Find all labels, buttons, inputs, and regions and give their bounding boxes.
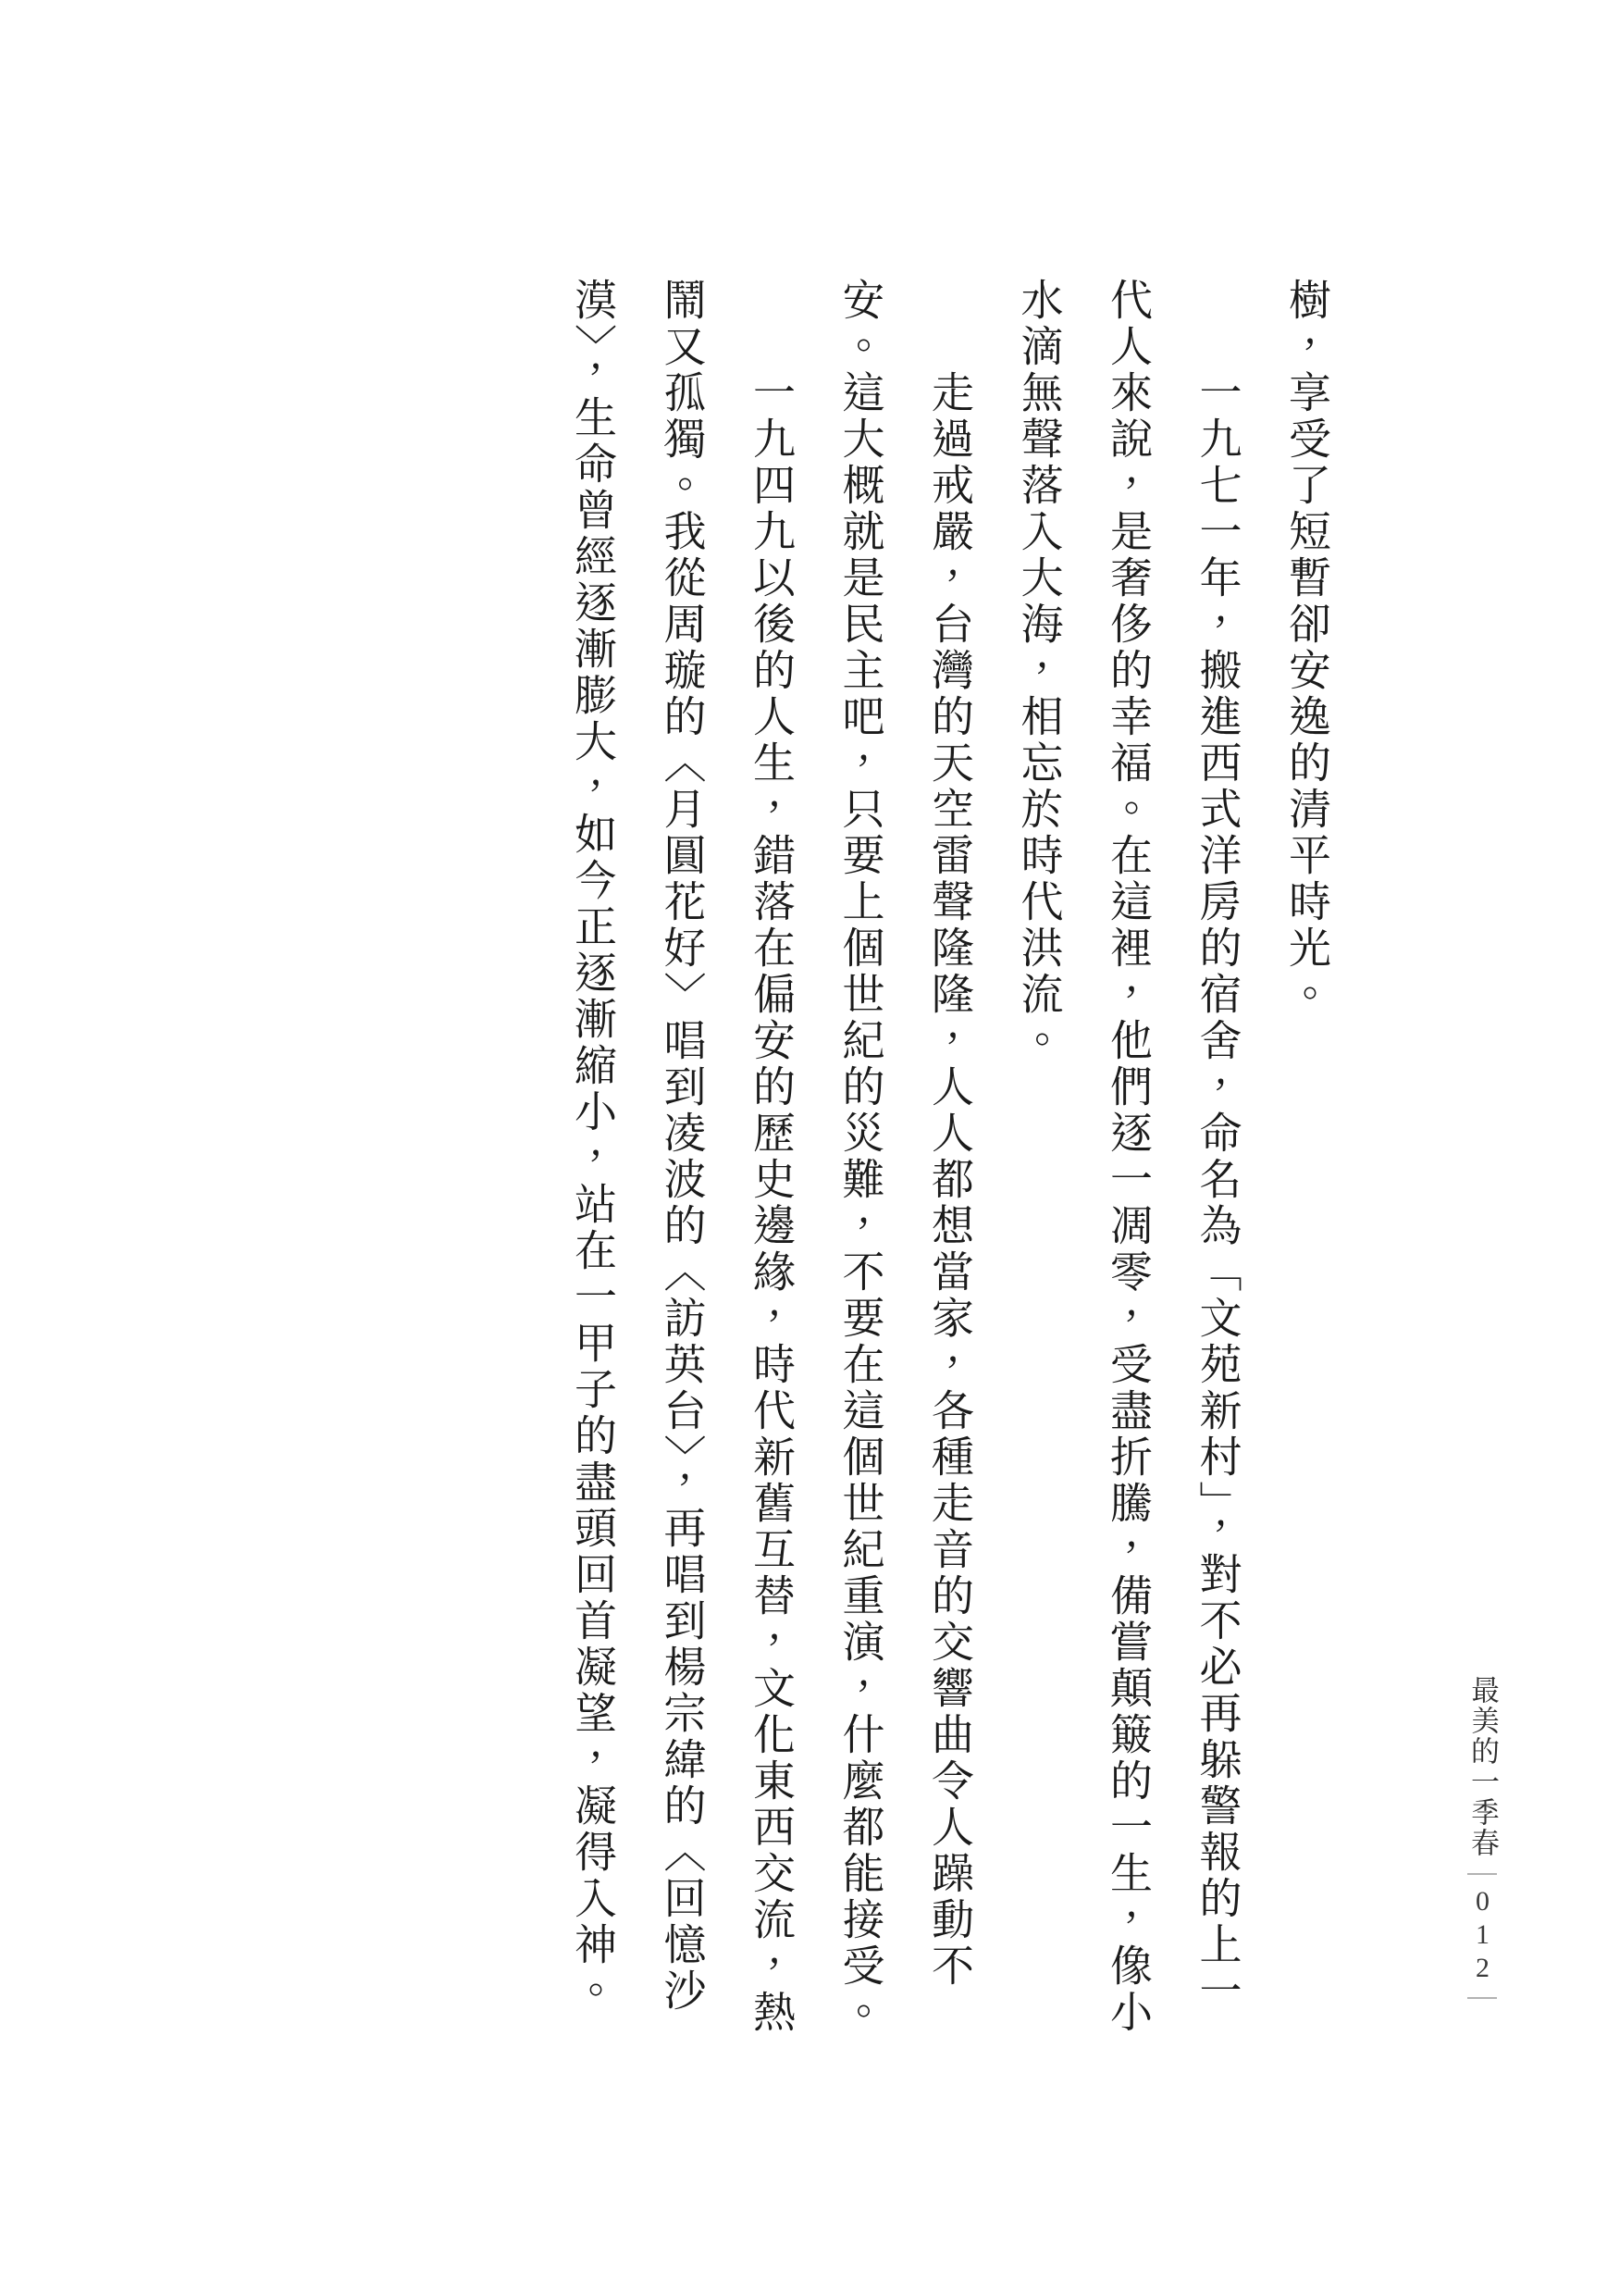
text-column-3: 代人來說，是奢侈的幸福。在這裡，他們逐一凋零，受盡折騰，備嘗顛簸的一生，像小 xyxy=(1083,278,1173,2036)
text-column-5: 走過戒嚴，台灣的天空雷聲隆隆，人人都想當家，各種走音的交響曲令人躁動不 xyxy=(905,278,995,2036)
text-column-7: 一九四九以後的人生，錯落在偏安的歷史邊緣，時代新舊互替，文化東西交流，熱 xyxy=(726,278,816,2036)
body-text: 樹，享受了短暫卻安逸的清平時光。一九七一年，搬進西式洋房的宿舍，命名為「文苑新村… xyxy=(547,278,1351,2036)
book-page: { "page": { "background": "#ffffff", "te… xyxy=(0,0,1607,2296)
footer-divider-top xyxy=(1467,1873,1497,1875)
text-column-6: 安。這大概就是民主吧，只要上個世紀的災難，不要在這個世紀重演，什麼都能接受。 xyxy=(815,278,905,2036)
text-column-8: 鬧又孤獨。我從周璇的〈月圓花好〉唱到凌波的〈訪英台〉，再唱到楊宗緯的〈回憶沙 xyxy=(637,278,726,2036)
text-column-4: 水滴無聲落入大海，相忘於時代洪流。 xyxy=(994,278,1083,2036)
footer-divider-bottom xyxy=(1467,1997,1497,1999)
running-footer: 最美的一季春 012 xyxy=(1462,1675,1502,1999)
text-column-2: 一九七一年，搬進西式洋房的宿舍，命名為「文苑新村」，對不必再躲警報的上一 xyxy=(1172,278,1262,2036)
running-title: 最美的一季春 xyxy=(1462,1675,1502,1858)
page-number: 012 xyxy=(1462,1886,1502,1986)
text-column-9: 漠〉，生命曾經逐漸膨大，如今正逐漸縮小，站在一甲子的盡頭回首凝望，凝得入神。 xyxy=(548,278,637,2036)
text-column-1: 樹，享受了短暫卻安逸的清平時光。 xyxy=(1262,278,1352,2036)
